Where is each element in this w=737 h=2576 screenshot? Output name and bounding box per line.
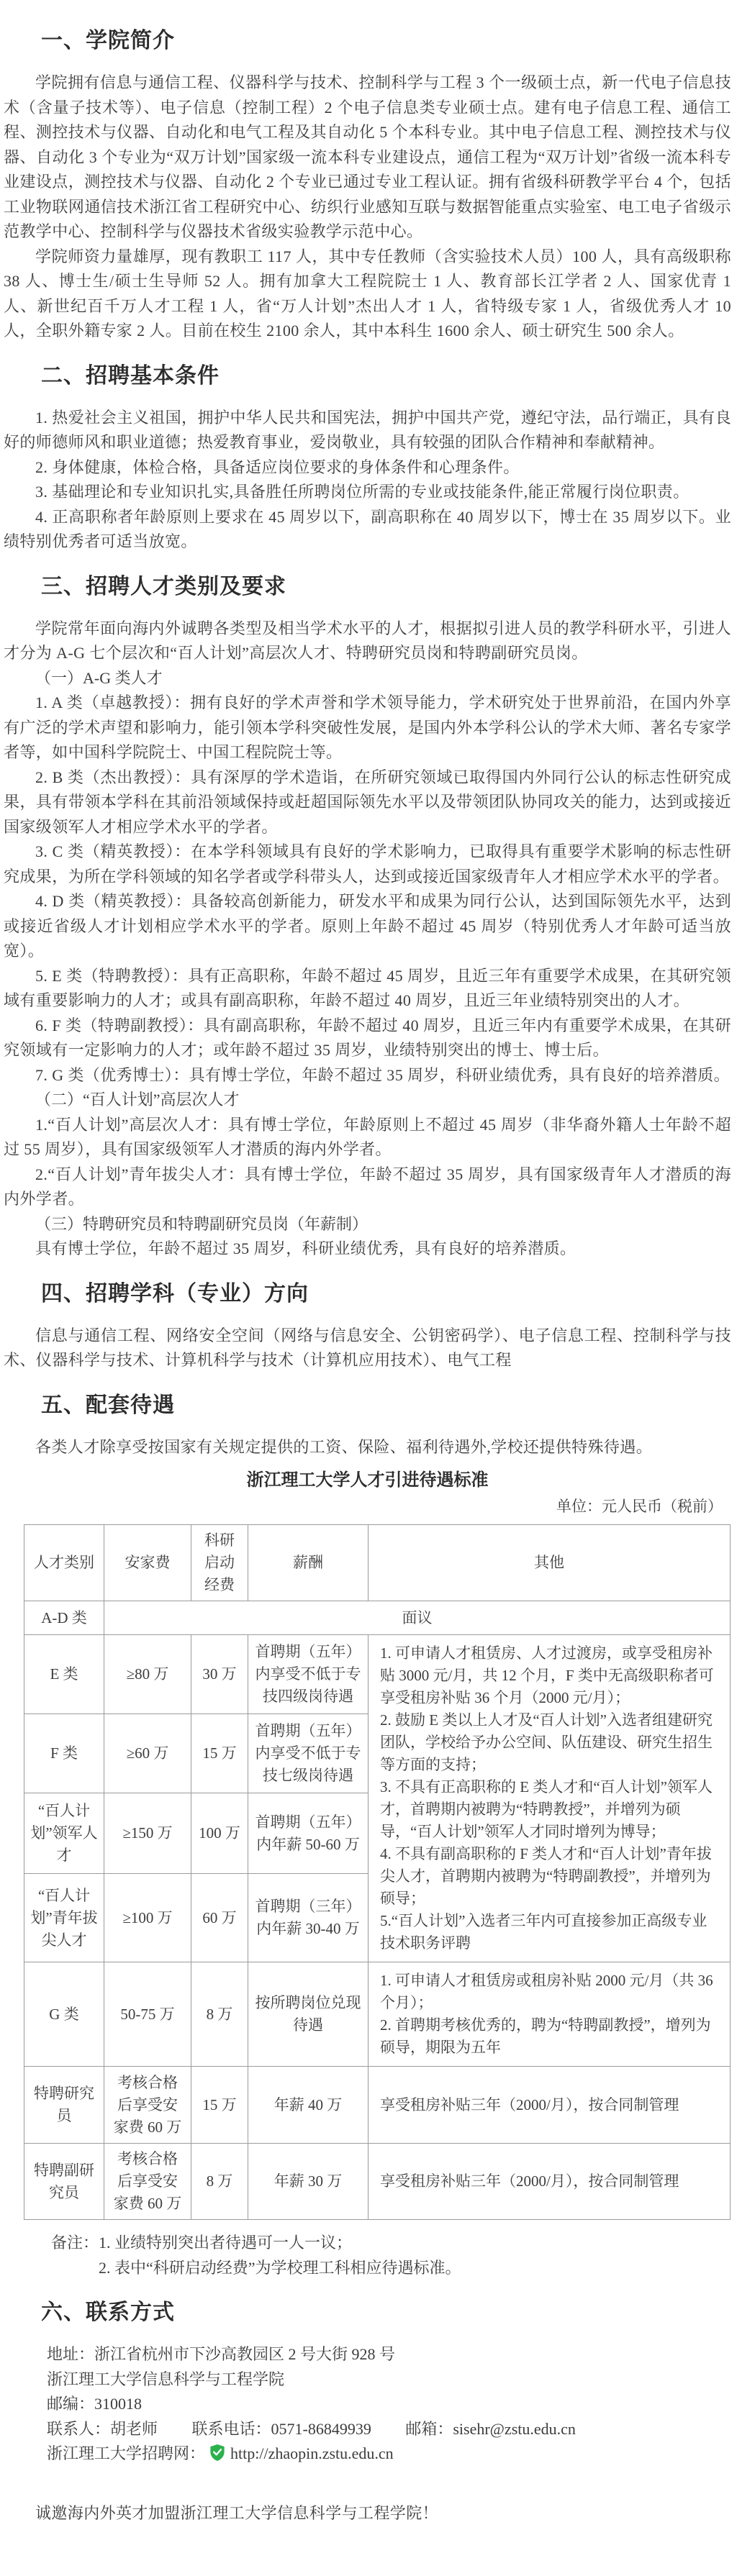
section-title-basic-conditions: 二、招聘基本条件	[4, 361, 731, 391]
cell-assoc-category: 特聘副研究员	[24, 2144, 104, 2220]
talent-categories-intro: 学院常年面向海内外诚聘各类型及相当学术水平的人才，根据拟引进人员的教学科研水平，…	[4, 616, 731, 666]
disciplines-text: 信息与通信工程、网络安全空间（网络与信息安全、公钥密码学）、电子信息工程、控制科…	[4, 1324, 731, 1373]
header-talent-category: 人才类别	[24, 1525, 104, 1601]
contact-address: 地址：浙江省杭州市下沙高教园区 2 号大街 928 号	[4, 2342, 731, 2367]
cell-researcher-settling: 考核合格后享受安家费 60 万	[104, 2067, 191, 2144]
cell-g-other: 1. 可申请人才租赁房或租房补贴 2000 元/月（共 36 个月）； 2. 首…	[368, 1962, 731, 2067]
cell-e-settling: ≥80 万	[104, 1635, 191, 1714]
cell-lead-salary: 首聘期（五年）内年薪 50-60 万	[248, 1793, 368, 1874]
table-row-g: G 类 50-75 万 8 万 按所聘岗位兑现待遇 1. 可申请人才租赁房或租房…	[24, 1962, 731, 2067]
header-startup-fund: 科研启动经费	[191, 1525, 248, 1601]
cell-e-salary: 首聘期（五年）内享受不低于专技四级岗待遇	[248, 1635, 368, 1714]
table-row-ad: A-D 类 面议	[24, 1601, 731, 1635]
talent-class-f: 6. F 类（特聘副教授）：具有副高职称，年龄不超过 40 周岁，且近三年内有重…	[4, 1014, 731, 1063]
talent-class-d: 4. D 类（精英教授）：具备较高创新能力，研发水平和成果为同行公认，达到国际领…	[4, 889, 731, 964]
distinguished-researcher-text: 具有博士学位，年龄不超过 35 周岁，科研业绩优秀，具有良好的培养潜质。	[4, 1237, 731, 1262]
talent-class-e: 5. E 类（特聘教授）：具有正高职称，年龄不超过 45 周岁，且近三年有重要学…	[4, 964, 731, 1014]
closing-invitation: 诚邀海内外英才加盟浙江理工大学信息科学与工程学院！	[4, 2501, 731, 2526]
table-header-row: 人才类别 安家费 科研启动经费 薪酬 其他	[24, 1525, 731, 1601]
basic-condition-item-2: 2. 身体健康，体检合格，具备适应岗位要求的身体条件和心理条件。	[4, 455, 731, 481]
cell-lead-startup: 100 万	[191, 1793, 248, 1874]
cell-ad-category: A-D 类	[24, 1601, 104, 1635]
section-title-college-intro: 一、学院简介	[4, 26, 731, 56]
cell-ad-negotiate: 面议	[104, 1601, 731, 1635]
talent-class-b: 2. B 类（杰出教授）：具有深厚的学术造诣，在所研究领域已取得国内外同行公认的…	[4, 765, 731, 840]
college-intro-paragraph-1: 学院拥有信息与通信工程、仪器科学与技术、控制科学与工程 3 个一级硕士点，新一代…	[4, 70, 731, 245]
cell-f-category: F 类	[24, 1714, 104, 1793]
college-intro-paragraph-2: 学院师资力量雄厚，现有教职工 117 人，其中专任教师（含实验技术人员）100 …	[4, 245, 731, 344]
recruitment-site-link[interactable]: http://zhaopin.zstu.edu.cn	[230, 2444, 394, 2462]
contact-email: 邮箱：sisehr@zstu.edu.cn	[405, 2420, 576, 2438]
section-title-talent-categories: 三、招聘人才类别及要求	[4, 572, 731, 602]
table-note-1: 备注：1. 业绩特别突出者待遇可一人一议；	[4, 2230, 731, 2255]
header-other: 其他	[368, 1525, 731, 1601]
cell-researcher-salary: 年薪 40 万	[248, 2067, 368, 2144]
section-title-disciplines: 四、招聘学科（专业）方向	[4, 1279, 731, 1309]
benefits-intro: 各类人才除享受按国家有关规定提供的工资、保险、福利待遇外,学校还提供特殊待遇。	[4, 1435, 731, 1460]
cell-assoc-salary: 年薪 30 万	[248, 2144, 368, 2220]
contact-phone: 联系电话：0571-86849939	[192, 2420, 371, 2438]
section-title-benefits: 五、配套待遇	[4, 1391, 731, 1421]
table-row-researcher: 特聘研究员 考核合格后享受安家费 60 万 15 万 年薪 40 万 享受租房补…	[24, 2067, 731, 2144]
verified-badge-icon	[209, 2444, 225, 2470]
talent-class-c: 3. C 类（精英教授）：在本学科领域具有良好的学术影响力，已取得具有重要学术影…	[4, 839, 731, 889]
cell-lead-category: “百人计划”领军人才	[24, 1793, 104, 1874]
cell-f-salary: 首聘期（五年）内享受不低于专技七级岗待遇	[248, 1714, 368, 1793]
benefits-table: 人才类别 安家费 科研启动经费 薪酬 其他 A-D 类 面议 E 类 ≥80 万…	[24, 1524, 731, 2220]
cell-e-category: E 类	[24, 1635, 104, 1714]
subsection-ag-talents-title: （一）A-G 类人才	[4, 666, 731, 691]
cell-young-startup: 60 万	[191, 1874, 248, 1962]
cell-g-startup: 8 万	[191, 1962, 248, 2067]
table-note-2: 2. 表中“科研启动经费”为学校理工科相应待遇标准。	[4, 2255, 731, 2280]
cell-efhy-other-merged: 1. 可申请人才租赁房、人才过渡房，或享受租房补贴 3000 元/月，共 12 …	[368, 1635, 731, 1962]
cell-g-salary: 按所聘岗位兑现待遇	[248, 1962, 368, 2067]
cell-f-settling: ≥60 万	[104, 1714, 191, 1793]
recruitment-site-label: 浙江理工大学招聘网：	[47, 2444, 205, 2462]
cell-f-startup: 15 万	[191, 1714, 248, 1793]
cell-young-settling: ≥100 万	[104, 1874, 191, 1962]
subsection-distinguished-researcher-title: （三）特聘研究员和特聘副研究员岗（年薪制）	[4, 1212, 731, 1237]
basic-condition-item-3: 3. 基础理论和专业知识扎实,具备胜任所聘岗位所需的专业或技能条件,能正常履行岗…	[4, 480, 731, 505]
talent-class-a: 1. A 类（卓越教授）：拥有良好的学术声誉和学术领导能力，学术研究处于世界前沿…	[4, 691, 731, 765]
header-settling-allowance: 安家费	[104, 1525, 191, 1601]
cell-g-settling: 50-75 万	[104, 1962, 191, 2067]
benefits-table-title: 浙江理工大学人才引进待遇标准	[4, 1468, 731, 1493]
subsection-hundred-plan-title: （二）“百人计划”高层次人才	[4, 1088, 731, 1113]
recruitment-site-line: 浙江理工大学招聘网： http://zhaopin.zstu.edu.cn	[4, 2441, 731, 2470]
cell-e-startup: 30 万	[191, 1635, 248, 1714]
cell-assoc-settling: 考核合格后享受安家费 60 万	[104, 2144, 191, 2220]
hundred-plan-item-2: 2.“百人计划”青年拔尖人才：具有博士学位，年龄不超过 35 周岁，具有国家级青…	[4, 1162, 731, 1212]
contact-postcode: 邮编：310018	[4, 2392, 731, 2417]
table-row-e: E 类 ≥80 万 30 万 首聘期（五年）内享受不低于专技四级岗待遇 1. 可…	[24, 1635, 731, 1714]
talent-class-g: 7. G 类（优秀博士）：具有博士学位，年龄不超过 35 周岁，科研业绩优秀，具…	[4, 1063, 731, 1088]
cell-young-category: “百人计划”青年拔尖人才	[24, 1874, 104, 1962]
cell-researcher-category: 特聘研究员	[24, 2067, 104, 2144]
benefits-table-unit-note: 单位：元人民币（税前）	[4, 1496, 723, 1517]
basic-condition-item-4: 4. 正高职称者年龄原则上要求在 45 周岁以下，副高职称在 40 周岁以下，博…	[4, 505, 731, 555]
recruitment-notice-page: 一、学院简介 学院拥有信息与通信工程、仪器科学与技术、控制科学与工程 3 个一级…	[0, 0, 737, 2576]
cell-researcher-other: 享受租房补贴三年（2000/月），按合同制管理	[368, 2067, 731, 2144]
contact-person: 联系人：胡老师	[47, 2420, 158, 2438]
table-row-assoc-researcher: 特聘副研究员 考核合格后享受安家费 60 万 8 万 年薪 30 万 享受租房补…	[24, 2144, 731, 2220]
cell-lead-settling: ≥150 万	[104, 1793, 191, 1874]
cell-g-category: G 类	[24, 1962, 104, 2067]
contact-person-phone-email-line: 联系人：胡老师 联系电话：0571-86849939 邮箱：sisehr@zst…	[4, 2417, 731, 2442]
basic-condition-item-1: 1. 热爱社会主义祖国，拥护中华人民共和国宪法，拥护中国共产党，遵纪守法，品行端…	[4, 406, 731, 455]
cell-assoc-other: 享受租房补贴三年（2000/月），按合同制管理	[368, 2144, 731, 2220]
contact-college-name: 浙江理工大学信息科学与工程学院	[4, 2367, 731, 2393]
cell-young-salary: 首聘期（三年）内年薪 30-40 万	[248, 1874, 368, 1962]
cell-assoc-startup: 8 万	[191, 2144, 248, 2220]
header-salary: 薪酬	[248, 1525, 368, 1601]
cell-researcher-startup: 15 万	[191, 2067, 248, 2144]
hundred-plan-item-1: 1.“百人计划”高层次人才：具有博士学位，年龄原则上不超过 45 周岁（非华裔外…	[4, 1113, 731, 1162]
section-title-contact: 六、联系方式	[4, 2298, 731, 2328]
